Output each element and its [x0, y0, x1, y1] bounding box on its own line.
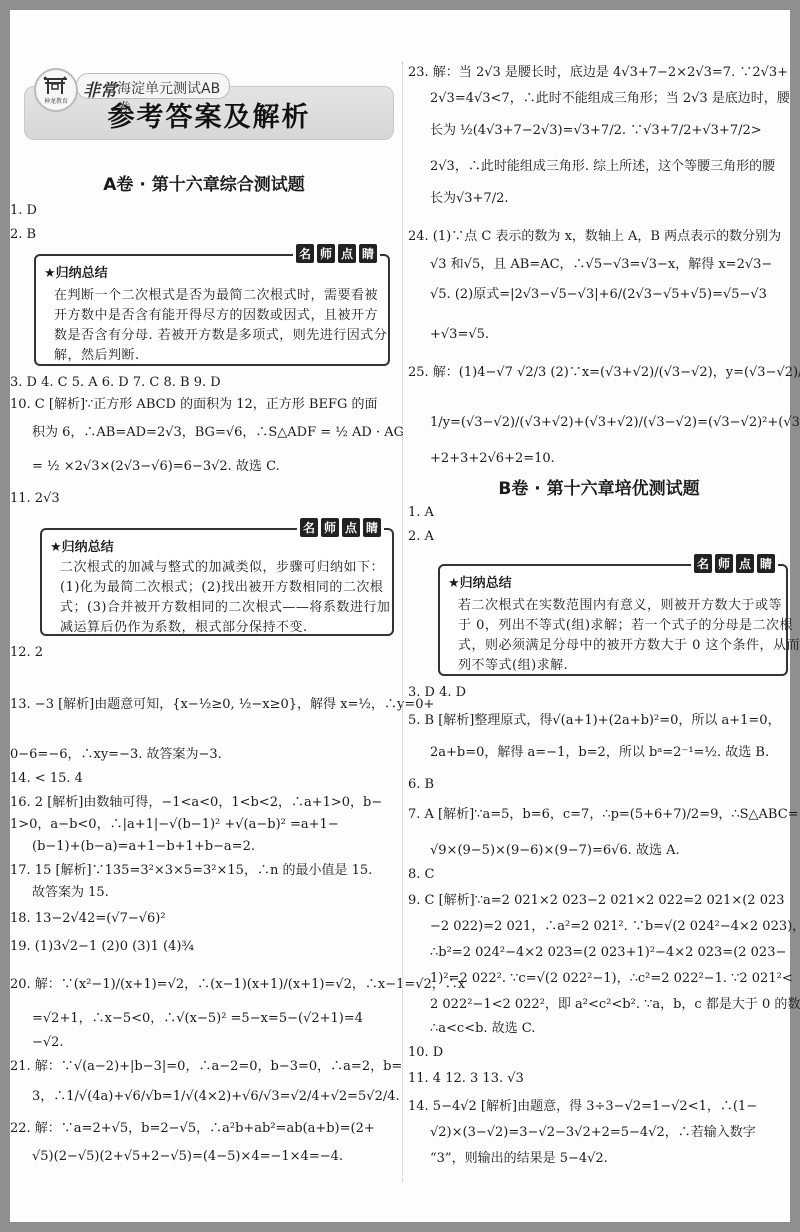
tip-heading: ★归纳总结 [448, 572, 512, 591]
answer-line: 8. C [408, 866, 434, 884]
answer-line: 故答案为 15. [32, 884, 109, 902]
tip-line: 在判断一个二次根式是否为最简二次根式时，需要看被 [54, 284, 378, 303]
answer-line: −√2. [32, 1034, 64, 1052]
tip-box-2: 名师点睛 ★归纳总结 二次根式的加减与整式的加减类似，步骤可归纳如下： (1)化… [40, 528, 394, 636]
answer-line: 2 022²−1<2 022²，即 a²<c²<b². ∵a，b，c 都是大于 … [430, 996, 800, 1014]
answer-line: +√3=√5. [430, 326, 489, 344]
answer-line: √2)×(3−√2)=3−√2−3√2+2=5−4√2，∴若输入数字 [430, 1124, 756, 1142]
answer-line: = ½ ×2√3×(2√3−√6)=6−3√2. 故选 C. [32, 458, 280, 476]
tip-heading: ★归纳总结 [44, 262, 108, 281]
answer-line: 长为√3+7/2. [430, 190, 509, 208]
answer-line: 21. 解：∵√(a−2)+|b−3|=0，∴a−2=0，b−3=0，∴a=2，… [10, 1058, 402, 1076]
answer-line: 1/y=(√3−√2)/(√3+√2)+(√3+√2)/(√3−√2)=(√3−… [430, 414, 800, 432]
tip-line: 列不等式(组)求解. [458, 654, 568, 673]
answer-line: 18. 13−2√42=(√7−√6)² [10, 910, 166, 928]
tip-line: 解，然后判断. [54, 344, 140, 363]
answer-line: +2+3+2√6+2=10. [430, 450, 555, 468]
answer-line: ∴b²=2 024²−4×2 023=(2 023+1)²−4×2 023=(2… [430, 944, 786, 962]
answer-page: 参考答案及解析 非常 海淀单元测试AB卷 神龙教育 A卷 · 第十六章综合测试题… [10, 10, 790, 1222]
tip-line: (1)化为最简二次根式；(2)找出被开方数相同的二次根 [60, 576, 383, 595]
answer-line: 1. A [408, 504, 434, 522]
tip-badge: 名师点睛 [297, 518, 384, 537]
answer-line: 14. < 15. 4 [10, 770, 83, 788]
tip-line: 二次根式的加减与整式的加减类似，步骤可归纳如下： [60, 556, 384, 575]
answer-line: 7. A [解析]∵a=5，b=6，c=7，∴p=(5+6+7)/2=9，∴S△… [408, 806, 799, 824]
answer-line: 2a+b=0，解得 a=−1，b=2，所以 bᵃ=2⁻¹=½. 故选 B. [430, 744, 769, 762]
answer-line: 17. 15 [解析]∵135=3²×3×5=3²×15，∴n 的最小值是 15… [10, 862, 372, 880]
tip-line: 于 0，列出不等式(组)求解；若一个式子的分母是二次根 [458, 614, 793, 633]
section-title-b: B卷 · 第十六章培优测试题 [408, 474, 790, 499]
answer-line: 11. 4 12. 3 13. √3 [408, 1070, 524, 1088]
answer-line: “3”，则输出的结果是 5−4√2. [430, 1150, 608, 1168]
answer-line: 24. (1)∵点 C 表示的数为 x，数轴上 A，B 两点表示的数分别为 [408, 228, 781, 246]
answer-line: 积为 6，∴AB=AD=2√3，BG=√6，∴S△ADF = ½ AD · AG [32, 424, 404, 442]
section-title-a: A卷 · 第十六章综合测试题 [10, 170, 398, 195]
answer-line: 2. B [10, 226, 36, 244]
answer-line: √9×(9−5)×(9−6)×(9−7)=6√6. 故选 A. [430, 842, 680, 860]
answer-line: 10. D [408, 1044, 443, 1062]
brand-tab: 非常 海淀单元测试AB卷 [76, 73, 230, 99]
answer-line: 3. D 4. D [408, 684, 466, 702]
publisher-logo: 神龙教育 [34, 68, 78, 112]
answer-line: 1>0，a−b<0，∴|a+1|−√(b−1)² +√(a−b)² =a+1− [10, 816, 339, 834]
answer-line: √3 和√5，且 AB=AC，∴√5−√3=√3−x，解得 x=2√3− [430, 256, 772, 274]
answer-line: 10. C [解析]∵正方形 ABCD 的面积为 12，正方形 BEFG 的面 [10, 396, 378, 414]
answer-line: √5. (2)原式=|2√3−√5−√3|+6/(2√3−√5+√5)=√5−√… [430, 286, 767, 304]
answer-line: ∴a<c<b. 故选 C. [430, 1020, 535, 1038]
answer-line: 6. B [408, 776, 434, 794]
answer-line: 3，∴1/√(4a)+√6/√b=1/√(4×2)+√6/√3=√2/4+√2=… [32, 1088, 400, 1106]
tip-line: 式，则必须满足分母中的被开方数大于 0 这个条件，从而 [458, 634, 800, 653]
answer-line: 1. D [10, 202, 37, 220]
tip-badge: 名师点睛 [691, 554, 778, 573]
answer-line: 23. 解：当 2√3 是腰长时，底边是 4√3+7−2×2√3=7. ∵2√3… [408, 64, 788, 82]
answer-line: 25. 解：(1)4−√7 √2/3 (2)∵x=(√3+√2)/(√3−√2)… [408, 364, 800, 382]
tip-line: 减运算后仍作为系数，根式部分保持不变. [60, 616, 308, 635]
tip-heading: ★归纳总结 [50, 536, 114, 555]
answer-line: 9. C [解析]∵a=2 021×2 023−2 021×2 022=2 02… [408, 892, 785, 910]
tip-box-3: 名师点睛 ★归纳总结 若二次根式在实数范围内有意义，则被开方数大于或等 于 0，… [438, 564, 788, 676]
brand-script: 非常 [83, 76, 117, 101]
answer-line: (b−1)+(b−a)=a+1−b+1+b−a=2. [32, 838, 255, 856]
tip-line: 式；(3)合并被开方数相同的二次根式——将系数进行加 [60, 596, 390, 615]
answer-line: 0−6=−6，∴xy=−3. 故答案为−3. [10, 746, 222, 764]
answer-line: −2 022)=2 021，∴a²=2 021². ∵b=√(2 024²−4×… [430, 918, 800, 936]
answer-line: 11. 2√3 [10, 490, 60, 508]
answer-line: 5. B [解析]整理原式，得√(a+1)+(2a+b)²=0，所以 a+1=0… [408, 712, 781, 730]
answer-line: 20. 解：∵(x²−1)/(x+1)=√2，∴(x−1)(x+1)/(x+1)… [10, 976, 465, 994]
answer-line: 长为 ½(4√3+7−2√3)=√3+7/2. ∵√3+7/2+√3+7/2> [430, 122, 762, 140]
answer-line: 13. −3 [解析]由题意可知，{x−½≥0, ½−x≥0}，解得 x=½，∴… [10, 696, 434, 714]
answer-line: 2. A [408, 528, 434, 546]
tip-line: 数是否含有分母. 若被开方数是多项式，则先进行因式分 [54, 324, 387, 343]
answer-line: 14. 5−4√2 [解析]由题意，得 3÷3−√2=1−√2<1，∴(1− [408, 1098, 757, 1116]
tip-box-1: 名师点睛 ★归纳总结 在判断一个二次根式是否为最简二次根式时，需要看被 开方数中… [34, 254, 390, 366]
tip-badge: 名师点睛 [293, 244, 380, 263]
brand-name: 海淀单元测试AB卷 [117, 78, 229, 118]
tip-line: 若二次根式在实数范围内有意义，则被开方数大于或等 [458, 594, 782, 613]
answer-line: 19. (1)3√2−1 (2)0 (3)1 (4)¾ [10, 938, 194, 956]
column-divider [402, 62, 403, 1182]
answer-line: 3. D 4. C 5. A 6. D 7. C 8. B 9. D [10, 374, 221, 392]
answer-line: 16. 2 [解析]由数轴可得，−1<a<0，1<b<2，∴a+1>0，b− [10, 794, 382, 812]
answer-line: 2√3=4√3<7，∴此时不能组成三角形；当 2√3 是底边时，腰 [430, 90, 790, 108]
answer-line: =√2+1，∴x−5<0，∴√(x−5)² =5−x=5−(√2+1)=4 [32, 1010, 363, 1028]
answer-line: 2√3，∴此时能组成三角形. 综上所述，这个等腰三角形的腰 [430, 158, 775, 176]
logo-caption: 神龙教育 [36, 96, 76, 105]
answer-line: √5)(2−√5)(2+√5+2−√5)=(4−5)×4=−1×4=−4. [32, 1148, 343, 1166]
gate-icon [43, 76, 67, 94]
answer-line: 12. 2 [10, 644, 43, 662]
tip-line: 开方数中是否含有能开得尽方的因数或因式，且被开方 [54, 304, 378, 323]
answer-line: 22. 解：∵a=2+√5，b=2−√5，∴a²b+ab²=ab(a+b)=(2… [10, 1120, 375, 1138]
answer-line: 1)²=2 022². ∵c=√(2 022²−1)，∴c²=2 022²−1.… [430, 970, 793, 988]
